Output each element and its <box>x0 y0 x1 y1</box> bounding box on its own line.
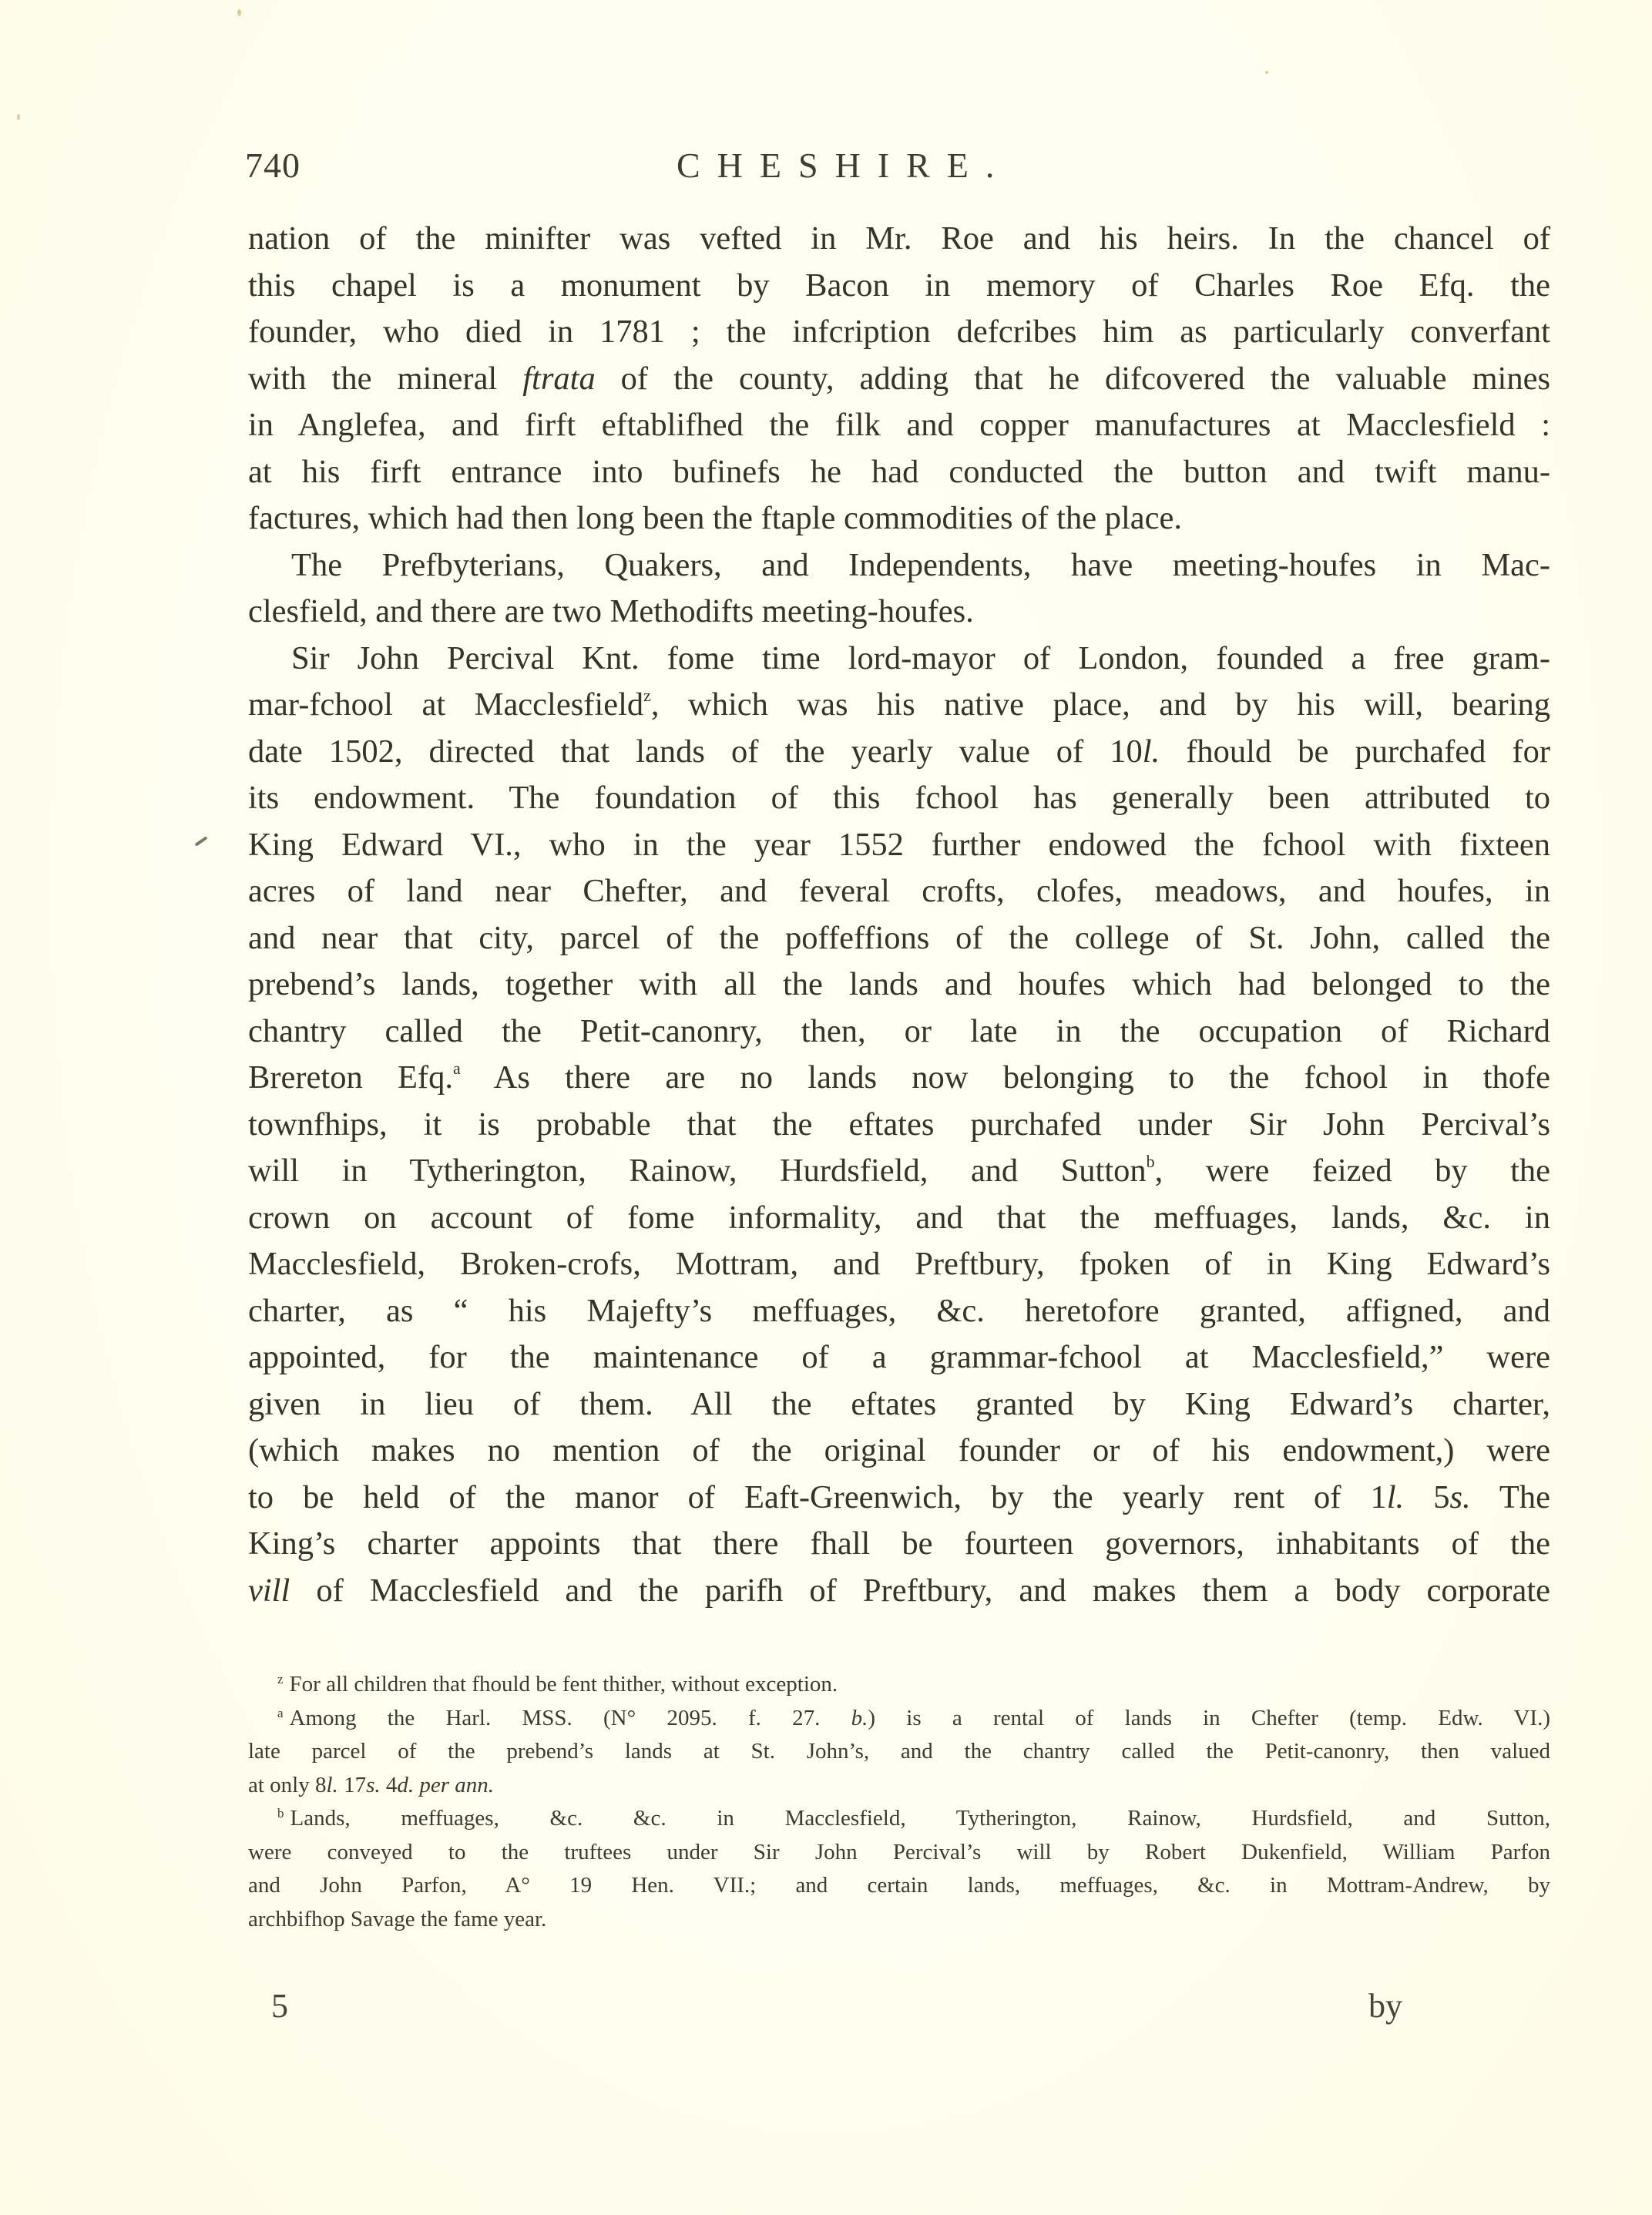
footnote-text: per ann. <box>414 1773 494 1797</box>
text-line: vill of Macclesfield and the parifh of P… <box>248 1568 1550 1615</box>
footnote-text: l. <box>327 1773 338 1797</box>
footnote-text: 17 <box>338 1773 366 1797</box>
text-line: King Edward VI., who in the year 1552 fu… <box>248 822 1550 869</box>
paper-speck <box>1265 71 1268 74</box>
footnote-z: zFor all children that fhould be fent th… <box>248 1668 1550 1702</box>
text-segment: Brereton Efq. <box>248 1059 453 1096</box>
text-segment: to be held of the manor of Eaft-Greenwic… <box>248 1479 1387 1515</box>
italic-term: vill <box>248 1572 290 1609</box>
text-line: to be held of the manor of Eaft-Greenwic… <box>248 1475 1550 1522</box>
footnote-text: Among the Harl. MSS. (N° 2095. f. 27. <box>290 1706 851 1730</box>
footnotes: zFor all children that fhould be fent th… <box>248 1668 1550 1936</box>
text-line: appointed, for the maintenance of a gram… <box>248 1334 1550 1381</box>
text-line: date 1502, directed that lands of the ye… <box>248 729 1550 776</box>
text-line: factures, which had then long been the f… <box>248 495 1550 542</box>
footnote-b: bLands, meffuages, &c. &c. in Macclesfie… <box>248 1802 1550 1836</box>
footnote-text: s. <box>366 1773 381 1797</box>
text-line: clesfield, and there are two Methodifts … <box>248 589 1550 636</box>
text-segment: 5 <box>1404 1479 1449 1515</box>
text-segment: fhould be purchafed for <box>1160 733 1550 770</box>
text-line: charter, as “ his Majefty’s meffuages, &… <box>248 1288 1550 1335</box>
text-line: crown on account of fome informality, an… <box>248 1195 1550 1242</box>
text-line: mar-fchool at Macclesfieldz, which was h… <box>248 682 1550 729</box>
book-page: 740 CHESHIRE. nation of the minifter was… <box>0 0 1652 2215</box>
shilling-abbrev: s. <box>1449 1479 1470 1515</box>
footnote-a-line: late parcel of the prebend’s lands at St… <box>248 1735 1550 1769</box>
text-segment: date 1502, directed that lands of the ye… <box>248 733 1143 770</box>
text-line: in Anglefea, and firft eftablifhed the f… <box>248 402 1550 449</box>
text-segment: , were feized by the <box>1155 1153 1550 1189</box>
paper-speck <box>237 9 241 16</box>
footnote-b-line: were conveyed to the truftees under Sir … <box>248 1836 1550 1870</box>
text-line: founder, who died in 1781 ; the infcript… <box>248 309 1550 356</box>
text-segment: , which was his native place, and by his… <box>651 686 1550 723</box>
text-segment: As there are no lands now belonging to t… <box>461 1059 1550 1096</box>
footnote-mark: b <box>277 1806 284 1821</box>
footnote-text: 4 <box>381 1773 398 1797</box>
footnote-text: at only 8 <box>248 1773 327 1797</box>
text-line: at his firft entrance into bufinefs he h… <box>248 449 1550 496</box>
text-line: townfhips, it is probable that the eftat… <box>248 1102 1550 1149</box>
margin-pencil-mark <box>194 836 207 847</box>
text-line: Sir John Percival Knt. fome time lord-ma… <box>248 636 1550 683</box>
text-line: with the mineral ftrata of the county, a… <box>248 356 1550 403</box>
text-line: its endowment. The foundation of this fc… <box>248 775 1550 822</box>
text-segment: of the county, adding that he difcovered… <box>596 361 1550 397</box>
pound-abbrev: l. <box>1387 1479 1404 1515</box>
main-text: nation of the minifter was vefted in Mr.… <box>248 216 1550 1614</box>
text-segment: of Macclesfield and the parifh of Preftb… <box>316 1572 1550 1609</box>
text-line: prebend’s lands, together with all the l… <box>248 962 1550 1008</box>
text-line: King’s charter appoints that there fhall… <box>248 1521 1550 1568</box>
running-title: CHESHIRE. <box>677 145 1011 186</box>
footnote-text: ) is a rental of lands in Chefter (temp.… <box>868 1706 1550 1730</box>
footnote-ref-a[interactable]: a <box>453 1059 461 1078</box>
text-line: acres of land near Chefter, and feveral … <box>248 868 1550 915</box>
footnote-text: b. <box>851 1706 868 1730</box>
footnote-ref-z[interactable]: z <box>643 686 651 705</box>
footnote-b-line: and John Parfon, A° 19 Hen. VII.; and ce… <box>248 1869 1550 1903</box>
footnote-mark: z <box>277 1672 284 1686</box>
text-line: this chapel is a monument by Bacon in me… <box>248 263 1550 310</box>
text-segment: with the mineral <box>248 361 522 397</box>
footnote-a-line: at only 8l. 17s. 4d. per ann. <box>248 1769 1550 1803</box>
footnote-b-line: archbifhop Savage the fame year. <box>248 1903 1550 1937</box>
footnote-a: aAmong the Harl. MSS. (N° 2095. f. 27. b… <box>248 1702 1550 1736</box>
page-number: 740 <box>245 145 301 186</box>
text-line: The Prefbyterians, Quakers, and Independ… <box>248 542 1550 589</box>
text-line: Macclesfield, Broken-crofs, Mottram, and… <box>248 1241 1550 1288</box>
text-line: (which makes no mention of the original … <box>248 1428 1550 1475</box>
text-line: and near that city, parcel of the poffef… <box>248 915 1550 962</box>
italic-term: ftrata <box>522 361 595 397</box>
footnote-mark: a <box>277 1706 284 1720</box>
text-line: chantry called the Petit-canonry, then, … <box>248 1008 1550 1055</box>
running-head: 740 CHESHIRE. <box>245 145 1547 191</box>
catchword: by <box>1368 1986 1402 2025</box>
text-segment: will in Tytherington, Rainow, Hurdsfield… <box>248 1153 1147 1189</box>
footnote-text: Lands, meffuages, &c. &c. in Macclesfiel… <box>290 1806 1551 1831</box>
paper-speck <box>17 114 20 120</box>
footnote-text: d. <box>397 1773 414 1797</box>
text-line: given in lieu of them. All the eftates g… <box>248 1381 1550 1428</box>
text-line: will in Tytherington, Rainow, Hurdsfield… <box>248 1148 1550 1195</box>
text-segment: mar-fchool at Macclesfield <box>248 686 643 723</box>
footnote-ref-b[interactable]: b <box>1147 1152 1155 1171</box>
text-line: Brereton Efq.a As there are no lands now… <box>248 1055 1550 1102</box>
footnote-text: For all children that fhould be fent thi… <box>290 1672 838 1696</box>
pound-abbrev: l. <box>1143 733 1160 770</box>
text-segment: The <box>1471 1479 1550 1515</box>
signature-mark: 5 <box>271 1986 288 2025</box>
text-line: nation of the minifter was vefted in Mr.… <box>248 216 1550 263</box>
